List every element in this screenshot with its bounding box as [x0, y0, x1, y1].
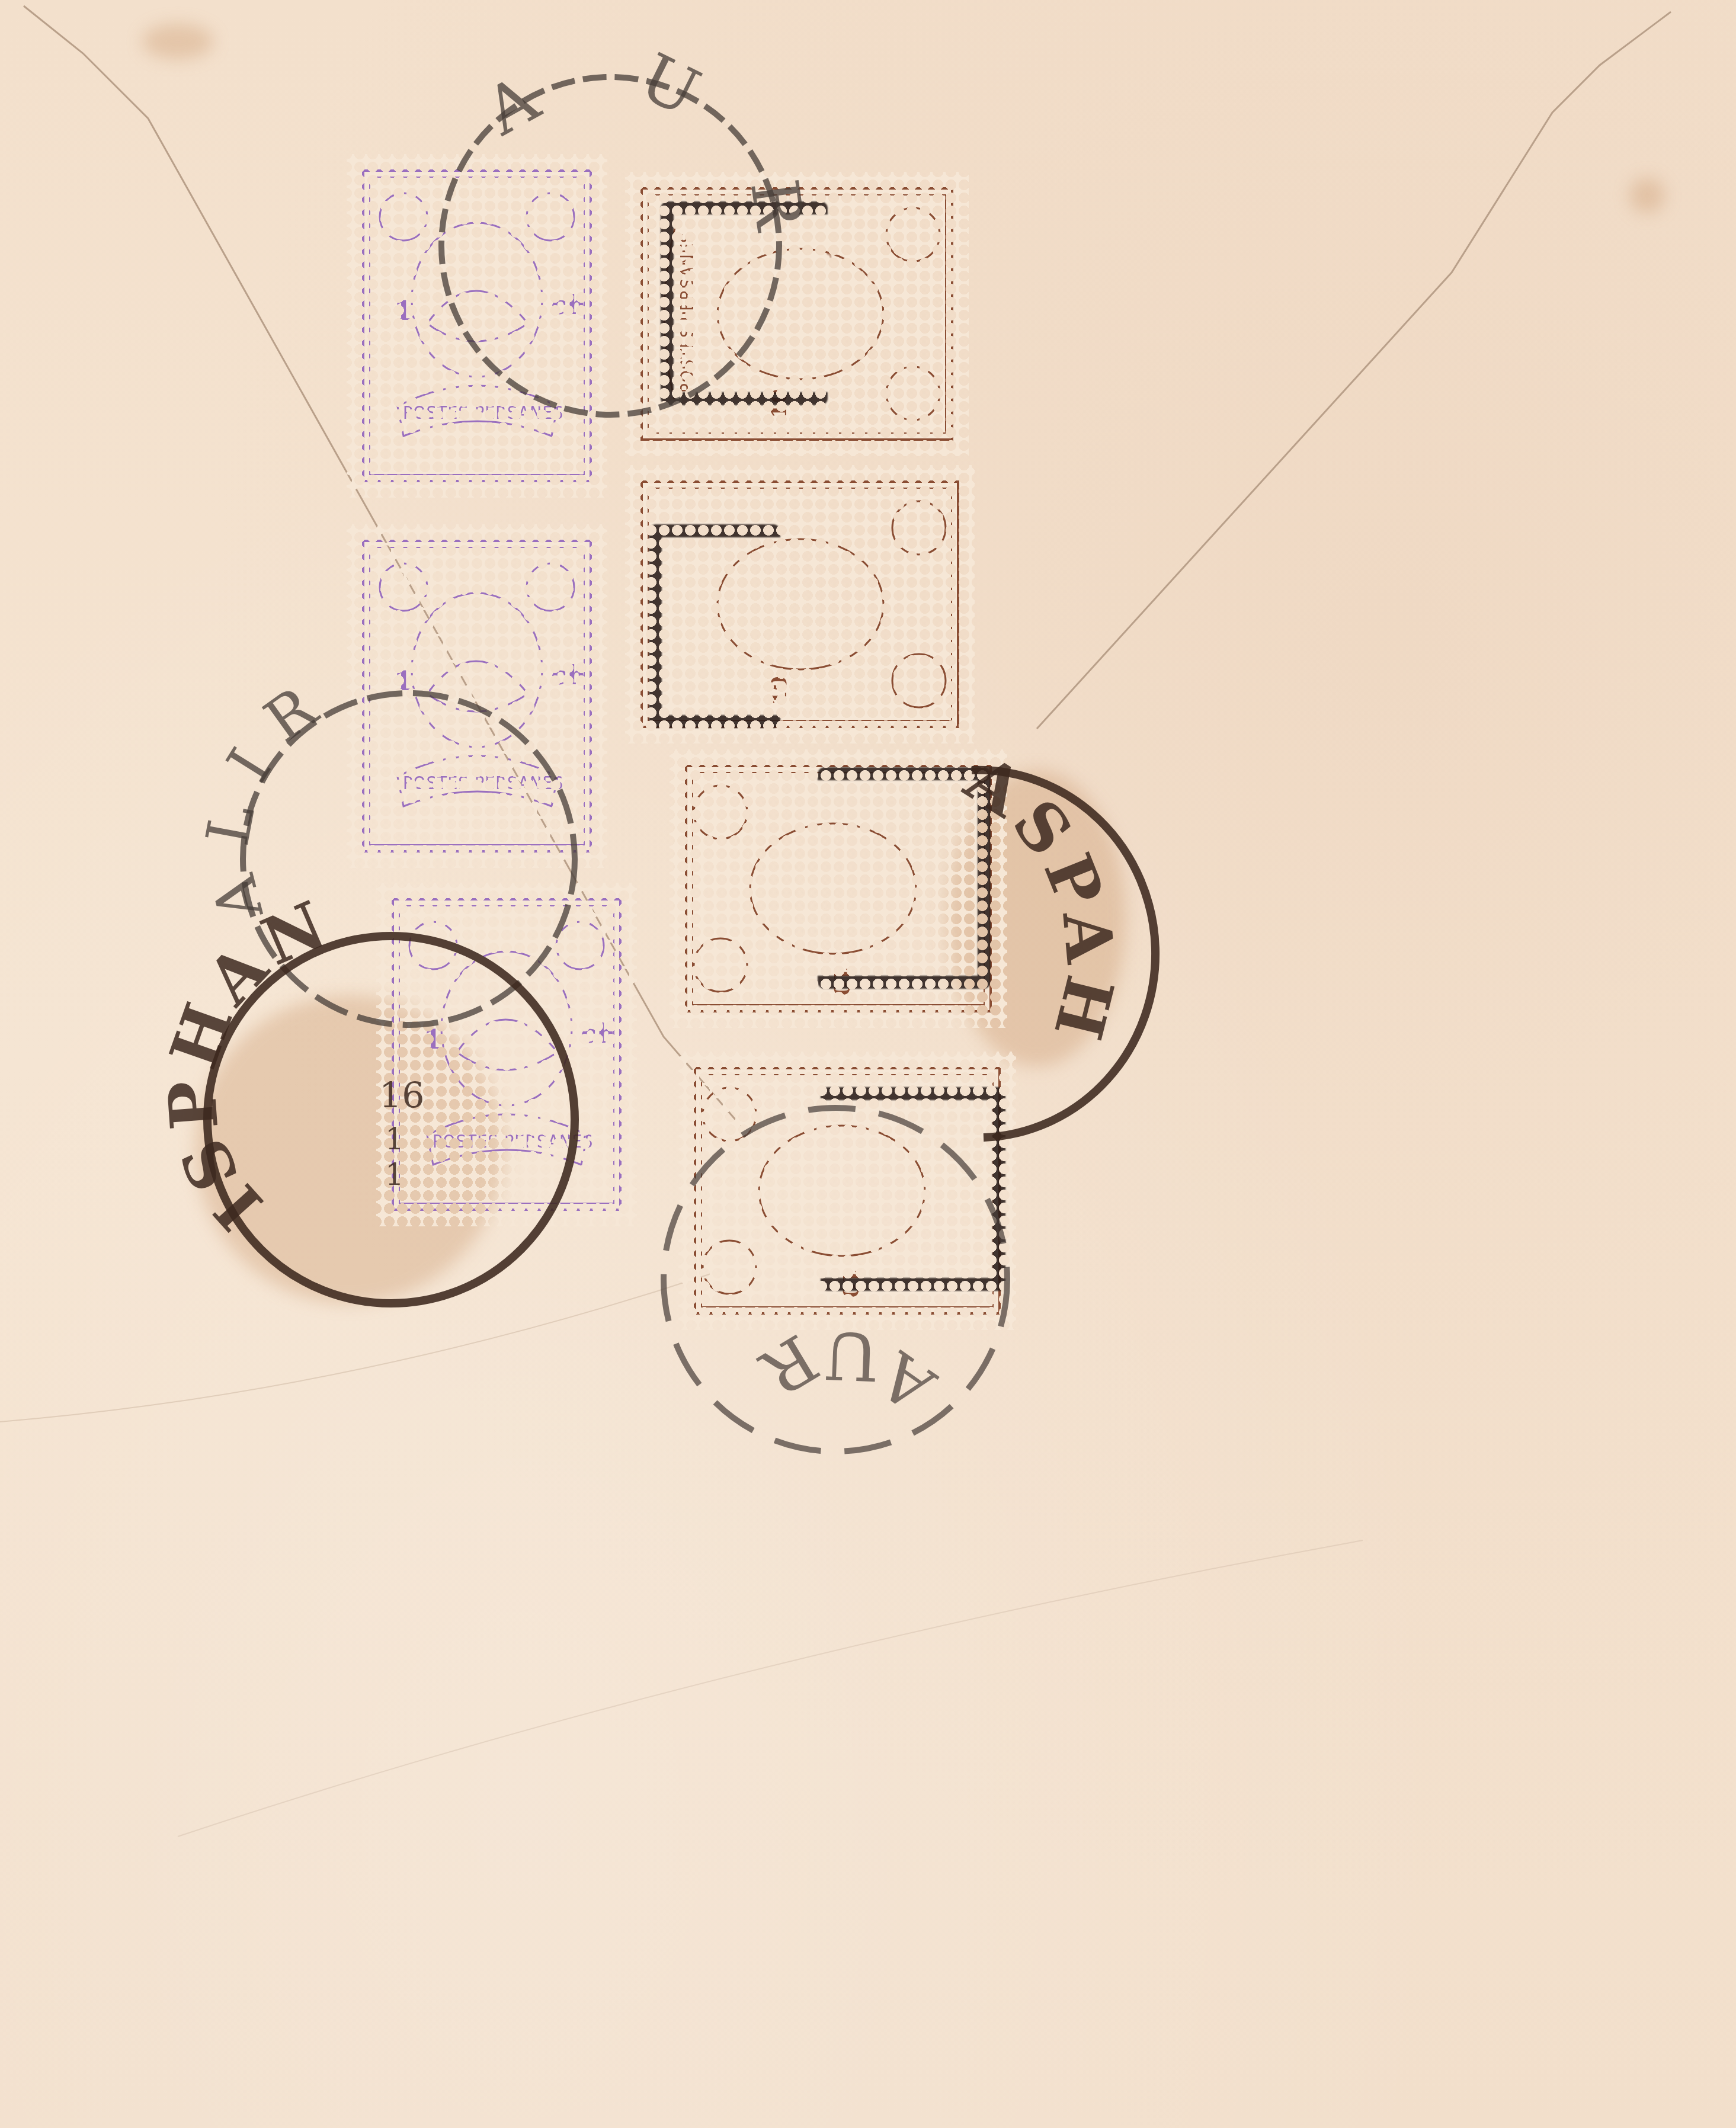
- svg-text:16: 16: [379, 1075, 424, 1117]
- surcharge-overprint: [649, 524, 780, 728]
- overprint-glyph: ۹: [827, 249, 832, 260]
- postmark-bottom: AUR: [652, 1096, 1019, 1466]
- svg-text:A U R: A U R: [472, 36, 822, 269]
- stain: [142, 24, 213, 59]
- stamp-brown-10ch: 10: [625, 465, 975, 743]
- postmark-top: A U R: [427, 56, 794, 426]
- envelope-back: 1 ch POSTES PERSANES 1 ch POSTES PERSANE…: [0, 0, 1736, 2128]
- svg-text:AUR: AUR: [729, 1316, 949, 1427]
- svg-text:ASPAH: ASPAH: [952, 740, 1129, 1054]
- postmark-ispahan-right: ASPAH: [889, 758, 1173, 1152]
- postmark-ispahan-bottom-left: ISPHAN 16 1 1: [196, 924, 587, 1318]
- stain: [1629, 178, 1665, 213]
- svg-text:1: 1: [385, 1158, 404, 1192]
- stamp-value: 1: [394, 296, 412, 326]
- svg-text:1: 1: [385, 1122, 404, 1156]
